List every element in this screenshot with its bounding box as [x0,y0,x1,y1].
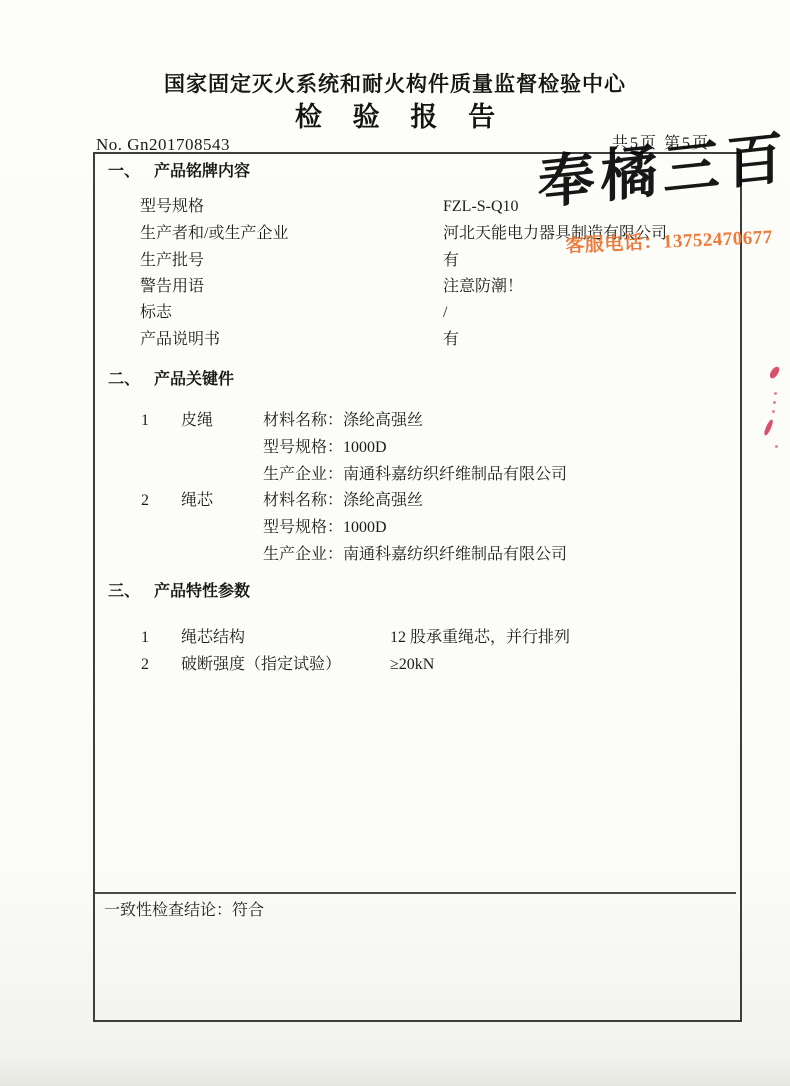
section2-title: 产品关键件 [154,371,234,388]
field-label: 警告用语 [140,277,204,296]
section3-number: 三、 [108,582,154,601]
section3-title: 产品特性参数 [154,583,250,600]
item-name: 皮绳 [181,411,213,430]
field-label: 生产者和/或生产企业 [140,224,288,243]
red-ink-mark [768,365,780,380]
scanned-report-page: 国家固定灭火系统和耐火构件质量监督检验中心 检 验 报 告 No. Gn2017… [0,0,790,1086]
red-ink-dot [772,410,775,413]
field-value: 有 [443,251,459,270]
field-label: 标志 [140,303,172,322]
item-detail: 型号规格：1000D [263,438,387,457]
field-label: 生产批号 [140,251,204,270]
section1-number: 一、 [108,162,154,181]
item-detail: 生产企业：南通科嘉纺织纤维制品有限公司 [263,545,567,564]
param-number: 1 [141,628,149,647]
section2-number: 二、 [108,370,154,389]
param-value: 12 股承重绳芯，并行排列 [390,628,570,647]
red-ink-dot [773,401,776,404]
item-detail: 材料名称：涤纶高强丝 [263,491,423,510]
red-ink-dot [774,392,777,395]
org-title: 国家固定灭火系统和耐火构件质量监督检验中心 [0,72,790,97]
field-label: 型号规格 [140,197,204,216]
item-detail: 生产企业：南通科嘉纺织纤维制品有限公司 [263,465,567,484]
section1-title: 产品铭牌内容 [154,163,250,180]
field-value: FZL-S-Q10 [443,197,519,216]
red-ink-mark [763,419,774,437]
param-label: 破断强度（指定试验） [181,655,341,674]
item-number: 1 [141,411,149,430]
red-ink-dot [775,445,778,448]
param-number: 2 [141,655,149,674]
item-detail: 材料名称：涤纶高强丝 [263,411,423,430]
item-detail: 型号规格：1000D [263,518,387,537]
section2-header: 二、产品关键件 [108,370,234,389]
field-label: 产品说明书 [140,330,220,349]
report-title: 检 验 报 告 [0,101,790,133]
conformity-conclusion: 一致性检查结论：符合 [104,901,264,920]
section3-header: 三、产品特性参数 [108,582,250,601]
param-label: 绳芯结构 [181,628,245,647]
field-value: / [443,303,447,322]
field-value: 有 [443,330,459,349]
param-value: ≥20kN [390,655,434,674]
conclusion-divider-line [95,892,736,894]
field-value: 注意防潮！ [443,277,523,296]
calligraphy-watermark: 奉橘三百 [538,124,789,219]
section1-header: 一、产品铭牌内容 [108,162,250,181]
item-number: 2 [141,491,149,510]
item-name: 绳芯 [181,491,213,510]
